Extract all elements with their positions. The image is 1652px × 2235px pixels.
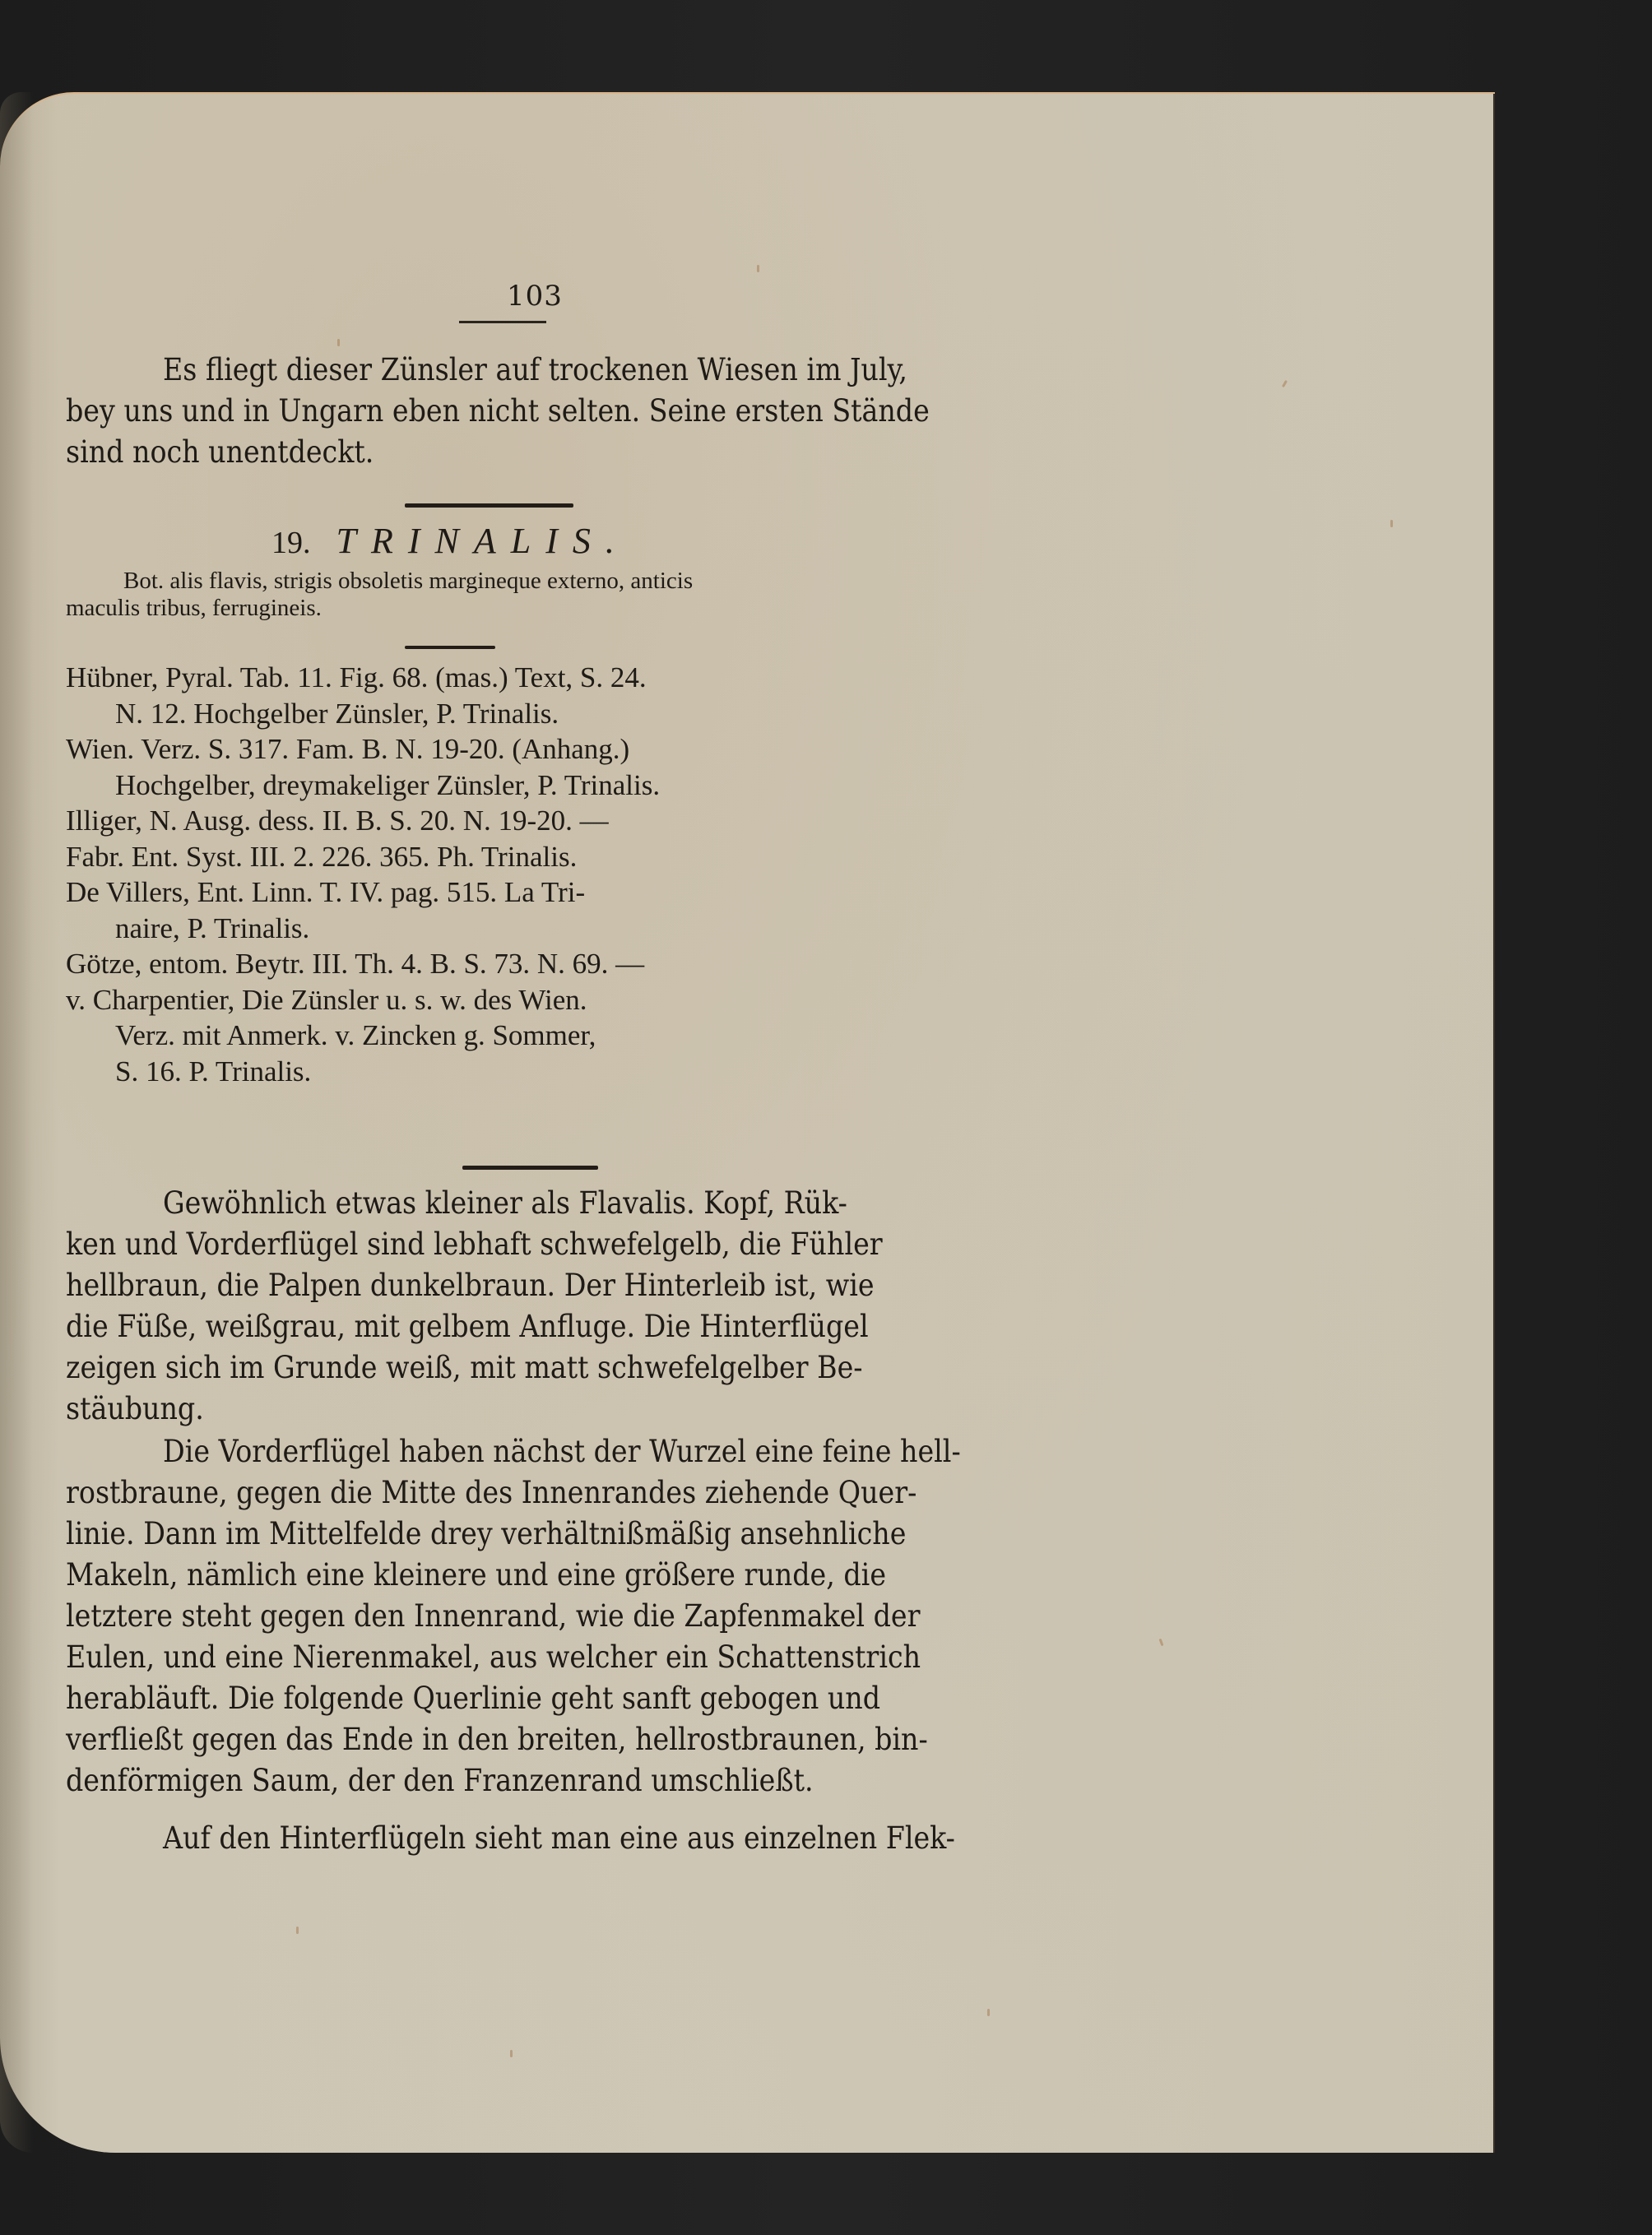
- description-paragraph-1: Gewöhnlich etwas kleiner als Flavalis. K…: [66, 1183, 938, 1430]
- reference-line: Fabr. Ent. Syst. III. 2. 226. 365. Ph. T…: [66, 839, 938, 875]
- reference-line: Götze, entom. Beytr. III. Th. 4. B. S. 7…: [66, 946, 938, 982]
- reference-line: Hübner, Pyral. Tab. 11. Fig. 68. (mas.) …: [66, 660, 938, 696]
- reference-line: S. 16. P. Trinalis.: [66, 1054, 938, 1090]
- species-name: TRINALIS.: [336, 521, 629, 561]
- text-line: Gewöhnlich etwas kleiner als Flavalis. K…: [66, 1183, 938, 1224]
- references-list: Hübner, Pyral. Tab. 11. Fig. 68. (mas.) …: [66, 660, 938, 1089]
- text-line: maculis tribus, ferrugineis.: [66, 595, 938, 622]
- reference-line: Hochgelber, dreymakeliger Zünsler, P. Tr…: [66, 767, 938, 804]
- paper-speck: [510, 2050, 513, 2057]
- description-paragraph-3: Auf den Hinterflügeln sieht man eine aus…: [66, 1818, 938, 1859]
- reference-line: v. Charpentier, Die Zünsler u. s. w. des…: [66, 982, 938, 1018]
- text-line: rostbraune, gegen die Mitte des Innenran…: [66, 1472, 938, 1514]
- text-line: denförmigen Saum, der den Franzenrand um…: [66, 1760, 938, 1801]
- paper-speck: [987, 2009, 990, 2016]
- text-line: zeigen sich im Grunde weiß, mit matt sch…: [66, 1347, 938, 1389]
- text-line: Es fliegt dieser Zünsler auf trockenen W…: [66, 350, 938, 391]
- paper-speck: [337, 339, 340, 346]
- text-line: verfließt gegen das Ende in den breiten,…: [66, 1719, 938, 1760]
- reference-line: N. 12. Hochgelber Zünsler, P. Trinalis.: [66, 696, 938, 732]
- text-line: Auf den Hinterflügeln sieht man eine aus…: [66, 1818, 938, 1859]
- paper-speck: [1282, 380, 1288, 387]
- paper-speck: [1390, 520, 1393, 527]
- section-divider: [405, 503, 573, 508]
- text-line: Makeln, nämlich eine kleinere und eine g…: [66, 1555, 938, 1596]
- species-number: 19.: [271, 526, 311, 560]
- text-line: linie. Dann im Mittelfelde drey verhältn…: [66, 1514, 938, 1555]
- reference-line: Wien. Verz. S. 317. Fam. B. N. 19-20. (A…: [66, 731, 938, 767]
- text-line: stäubung.: [66, 1389, 938, 1430]
- reference-line: De Villers, Ent. Linn. T. IV. pag. 515. …: [66, 874, 938, 911]
- reference-line: Verz. mit Anmerk. v. Zincken g. Sommer,: [66, 1018, 938, 1054]
- reference-line: naire, P. Trinalis.: [66, 911, 938, 947]
- page-number: 103: [469, 280, 601, 313]
- text-line: bey uns und in Ungarn eben nicht selten.…: [66, 391, 938, 432]
- reference-line: Illiger, N. Ausg. dess. II. B. S. 20. N.…: [66, 803, 938, 839]
- species-diagnosis: Bot. alis flavis, strigis obsoletis marg…: [66, 568, 938, 622]
- page-number-underline: [459, 321, 546, 323]
- text-line: Eulen, und eine Nierenmakel, aus welcher…: [66, 1637, 938, 1678]
- text-line: die Füße, weißgrau, mit gelbem Anfluge. …: [66, 1306, 938, 1347]
- text-line: hellbraun, die Palpen dunkelbraun. Der H…: [66, 1265, 938, 1306]
- paper-speck: [296, 1927, 299, 1934]
- text-line: Die Vorderflügel haben nächst der Wurzel…: [66, 1431, 938, 1472]
- text-line: ken und Vorderflügel sind lebhaft schwef…: [66, 1224, 938, 1265]
- paper-speck: [1159, 1639, 1164, 1646]
- text-line: Bot. alis flavis, strigis obsoletis marg…: [66, 568, 938, 595]
- text-line: letztere steht gegen den Innenrand, wie …: [66, 1596, 938, 1637]
- references-divider: [462, 1166, 598, 1170]
- diagnosis-divider: [405, 646, 495, 649]
- intro-paragraph: Es fliegt dieser Zünsler auf trockenen W…: [66, 350, 938, 473]
- paper-speck: [757, 265, 759, 272]
- text-line: herabläuft. Die folgende Querlinie geht …: [66, 1678, 938, 1719]
- text-line: sind noch unentdeckt.: [66, 432, 938, 473]
- description-paragraph-2: Die Vorderflügel haben nächst der Wurzel…: [66, 1431, 938, 1801]
- species-heading: 19. TRINALIS.: [271, 520, 629, 562]
